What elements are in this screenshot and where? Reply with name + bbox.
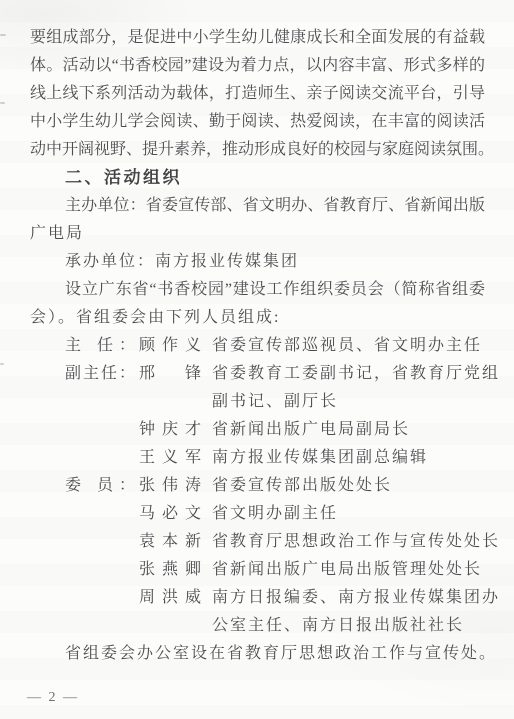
section-heading: 二、活动组织 bbox=[30, 164, 497, 192]
committee-row: 马必文 省文明办副主任 bbox=[65, 500, 497, 528]
member-name: 张伟涛 bbox=[139, 472, 201, 500]
document-body: 要组成部分，是促进中小学生幼儿健康成长和全面发展的有益载 体。活动以“书香校园”… bbox=[30, 24, 497, 668]
committee-list: 主 任： 顾作义 省委宣传部巡视员、省文明办主任 副主任： 邢 锋 省委教育工委… bbox=[30, 332, 497, 640]
page-number: — 2 — bbox=[27, 690, 79, 706]
text-line: 会）。省组委会由下列人员组成: bbox=[30, 304, 485, 332]
role-label bbox=[65, 500, 135, 528]
committee-row: 主 任： 顾作义 省委宣传部巡视员、省文明办主任 bbox=[65, 332, 497, 360]
member-name: 钟庆才 bbox=[139, 416, 201, 444]
role-label: 主 任： bbox=[65, 332, 135, 360]
member-name: 周洪威 bbox=[139, 584, 201, 640]
member-title: 南方日报编委、南方报业传媒集团办公室主任、南方日报出版社社长 bbox=[212, 584, 502, 640]
role-label bbox=[65, 416, 135, 444]
member-name: 马必文 bbox=[139, 500, 201, 528]
member-title: 省新闻出版广电局出版管理处处长 bbox=[212, 556, 502, 584]
scan-artifact bbox=[0, 102, 5, 104]
committee-row: 袁本新 省教育厅思想政治工作与宣传处处长 bbox=[65, 528, 497, 556]
role-label bbox=[65, 584, 135, 640]
paragraph-closing: 省组委会办公室设在省教育厅思想政治工作与宣传处。 bbox=[30, 640, 485, 668]
text-line: 体。活动以“书香校园”建设为着力点，以内容丰富、形式多样的 bbox=[30, 52, 485, 80]
committee-row: 周洪威 南方日报编委、南方报业传媒集团办公室主任、南方日报出版社社长 bbox=[65, 584, 497, 640]
scanned-document-page: 要组成部分，是促进中小学生幼儿健康成长和全面发展的有益载 体。活动以“书香校园”… bbox=[0, 0, 514, 719]
committee-row: 副主任： 邢 锋 省委教育工委副书记，省教育厅党组副书记、副厅长 bbox=[65, 360, 497, 416]
role-label: 副主任： bbox=[65, 360, 135, 416]
member-name: 顾作义 bbox=[139, 332, 201, 360]
committee-row: 钟庆才 省新闻出版广电局副局长 bbox=[65, 416, 497, 444]
role-label bbox=[65, 444, 135, 472]
member-title: 省教育厅思想政治工作与宣传处处长 bbox=[212, 528, 502, 556]
text-line: 动中开阔视野、提升素养，推动形成良好的校园与家庭阅读氛围。 bbox=[30, 136, 485, 164]
paragraph-organizer: 主办单位：省委宣传部、省文明办、省教育厅、省新闻出版 广电局 bbox=[30, 192, 497, 248]
committee-row: 张燕卿 省新闻出版广电局出版管理处处长 bbox=[65, 556, 497, 584]
role-label bbox=[65, 528, 135, 556]
role-label: 委 员： bbox=[65, 472, 135, 500]
text-line: 广电局 bbox=[30, 220, 485, 248]
member-title: 南方报业传媒集团副总编辑 bbox=[212, 444, 502, 472]
member-title: 省委宣传部巡视员、省文明办主任 bbox=[212, 332, 502, 360]
paragraph-committee-intro: 设立广东省“书香校园”建设工作组织委员会（简称省组委 会）。省组委会由下列人员组… bbox=[30, 276, 497, 332]
paragraph-undertaker: 承办单位：南方报业传媒集团 bbox=[30, 248, 485, 276]
member-name: 王义军 bbox=[139, 444, 201, 472]
paragraph-intro: 要组成部分，是促进中小学生幼儿健康成长和全面发展的有益载 体。活动以“书香校园”… bbox=[30, 24, 497, 164]
scan-artifact bbox=[0, 34, 6, 36]
member-title: 省文明办副主任 bbox=[212, 500, 502, 528]
member-title: 省委宣传部出版处处长 bbox=[212, 472, 502, 500]
text-line: 主办单位：省委宣传部、省文明办、省教育厅、省新闻出版 bbox=[30, 192, 485, 220]
scan-artifact bbox=[0, 363, 4, 365]
text-line: 中小学生幼儿学会阅读、勤于阅读、热爱阅读，在丰富的阅读活 bbox=[30, 108, 485, 136]
text-line: 线上线下系列活动为载体，打造师生、亲子阅读交流平台，引导 bbox=[30, 80, 485, 108]
member-name: 张燕卿 bbox=[139, 556, 201, 584]
committee-row: 王义军 南方报业传媒集团副总编辑 bbox=[65, 444, 497, 472]
committee-row: 委 员： 张伟涛 省委宣传部出版处处长 bbox=[65, 472, 497, 500]
member-title: 省新闻出版广电局副局长 bbox=[212, 416, 502, 444]
member-name: 袁本新 bbox=[139, 528, 201, 556]
member-name: 邢 锋 bbox=[139, 360, 201, 416]
role-label bbox=[65, 556, 135, 584]
member-title: 省委教育工委副书记，省教育厅党组副书记、副厅长 bbox=[212, 360, 502, 416]
text-line: 设立广东省“书香校园”建设工作组织委员会（简称省组委 bbox=[30, 276, 485, 304]
text-line: 要组成部分，是促进中小学生幼儿健康成长和全面发展的有益载 bbox=[30, 24, 485, 52]
